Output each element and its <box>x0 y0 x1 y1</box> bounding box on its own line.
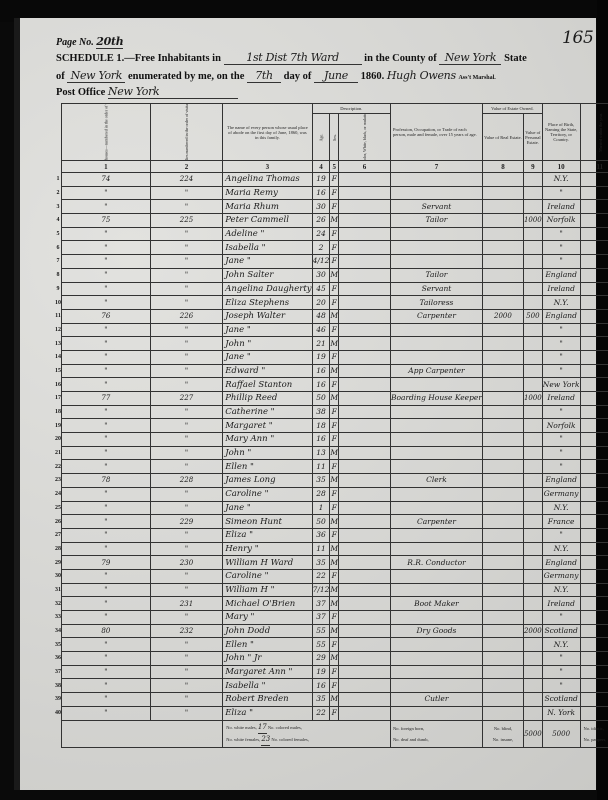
birthplace: Germany <box>542 487 580 501</box>
line-number: 12 <box>55 323 62 337</box>
person-name: William H " <box>223 583 312 597</box>
personal-estate-value <box>523 487 542 501</box>
dwelling-number: " <box>62 200 151 214</box>
married-within-year <box>580 296 608 310</box>
personal-estate-value: 1000 <box>523 214 542 228</box>
person-name: Edward " <box>223 364 312 378</box>
dwelling-number: " <box>62 542 151 556</box>
real-estate-value <box>482 378 523 392</box>
married-within-year <box>580 392 608 406</box>
person-name: Isabella " <box>223 241 312 255</box>
census-row: 32"231Michael O'Brien37MBoot MakerIrelan… <box>55 597 608 611</box>
sex: M <box>330 597 339 611</box>
personal-estate-value <box>523 556 542 570</box>
col-dwelling-header: Dwelling-houses—numbered in the order of… <box>62 104 151 161</box>
census-row: 40""Eliza "22FN. York40 <box>55 706 608 720</box>
occupation <box>390 706 482 720</box>
dwelling-number: " <box>62 679 151 693</box>
color <box>339 679 391 693</box>
line-number: 39 <box>55 693 62 707</box>
personal-estate-value <box>523 693 542 707</box>
real-estate-total: 5000 <box>524 730 542 738</box>
real-estate-value <box>482 679 523 693</box>
birthplace: New York <box>542 378 580 392</box>
married-within-year <box>580 624 608 638</box>
real-estate-value <box>482 419 523 433</box>
occupation: Boarding House Keeper <box>390 392 482 406</box>
family-number: " <box>150 501 222 515</box>
sex: F <box>330 350 339 364</box>
real-estate-value <box>482 214 523 228</box>
line-number: 17 <box>55 392 62 406</box>
page-number-line: Page No. 20th <box>56 35 123 49</box>
married-within-year <box>580 255 608 269</box>
line-number: 32 <box>55 597 62 611</box>
occupation: R.R. Conductor <box>390 556 482 570</box>
sex: F <box>330 611 339 625</box>
family-number: " <box>150 583 222 597</box>
birthplace: Norfolk <box>542 419 580 433</box>
color <box>339 364 391 378</box>
occupation <box>390 419 482 433</box>
married-within-year <box>580 378 608 392</box>
person-name: Eliza " <box>223 528 312 542</box>
birthplace: N.Y. <box>542 638 580 652</box>
dwelling-number: " <box>62 433 151 447</box>
family-number: " <box>150 693 222 707</box>
line-number: 20 <box>55 433 62 447</box>
family-number: 226 <box>150 309 222 323</box>
sex: M <box>330 583 339 597</box>
person-name: Simeon Hunt <box>223 515 312 529</box>
census-row: 12""Jane "46F"12 <box>55 323 608 337</box>
color <box>339 624 391 638</box>
married-within-year <box>580 214 608 228</box>
census-row: 5""Adeline "24F"5 <box>55 227 608 241</box>
occupation <box>390 433 482 447</box>
occupation <box>390 337 482 351</box>
birthplace: Scotland <box>542 624 580 638</box>
sex: M <box>330 214 339 228</box>
occupation <box>390 446 482 460</box>
sex: F <box>330 460 339 474</box>
sex: F <box>330 405 339 419</box>
sex: F <box>330 323 339 337</box>
married-within-year <box>580 501 608 515</box>
family-number: " <box>150 378 222 392</box>
family-number: 229 <box>150 515 222 529</box>
married-within-year <box>580 665 608 679</box>
married-within-year <box>580 460 608 474</box>
occupation <box>390 350 482 364</box>
dwelling-number: " <box>62 460 151 474</box>
family-number: " <box>150 364 222 378</box>
real-estate-value <box>482 583 523 597</box>
personal-estate-value <box>523 241 542 255</box>
census-row: 35""Ellen "55FN.Y.35 <box>55 638 608 652</box>
description-group-header: Description. <box>312 104 390 114</box>
white-females-value: 23 <box>261 734 270 746</box>
line-number: 11 <box>55 309 62 323</box>
married-within-year <box>580 186 608 200</box>
occupation <box>390 569 482 583</box>
dwelling-number: " <box>62 419 151 433</box>
birthplace: England <box>542 268 580 282</box>
sex: M <box>330 364 339 378</box>
line-number: 28 <box>55 542 62 556</box>
post-office-field: New York <box>108 85 238 99</box>
real-estate-value <box>482 173 523 187</box>
real-estate-value: 2000 <box>482 309 523 323</box>
personal-estate-value <box>523 638 542 652</box>
line-number: 22 <box>55 460 62 474</box>
person-name: Margaret Ann " <box>223 665 312 679</box>
birthplace: N.Y. <box>542 173 580 187</box>
age: 26 <box>312 214 330 228</box>
occupation <box>390 611 482 625</box>
color <box>339 638 391 652</box>
personal-estate-value <box>523 350 542 364</box>
real-estate-value <box>482 515 523 529</box>
census-row: 7""Jane "4/12F"7 <box>55 255 608 269</box>
color <box>339 227 391 241</box>
person-name: Eliza Stephens <box>223 296 312 310</box>
family-number: " <box>150 542 222 556</box>
person-name: Raffael Stanton <box>223 378 312 392</box>
family-number: " <box>150 611 222 625</box>
col-number: 4 <box>312 161 330 173</box>
occupation <box>390 405 482 419</box>
color <box>339 214 391 228</box>
col-number: 10 <box>542 161 580 173</box>
person-name: Jane " <box>223 323 312 337</box>
age: 35 <box>312 556 330 570</box>
real-estate-value <box>482 474 523 488</box>
real-estate-value <box>482 638 523 652</box>
birthplace: " <box>542 665 580 679</box>
real-estate-value <box>482 268 523 282</box>
married-within-year <box>580 679 608 693</box>
real-estate-value <box>482 693 523 707</box>
line-number: 10 <box>55 296 62 310</box>
sex: M <box>330 624 339 638</box>
color <box>339 528 391 542</box>
line-number: 18 <box>55 405 62 419</box>
age: 36 <box>312 528 330 542</box>
col-personal-estate-header: Value of Personal Estate. <box>523 114 542 161</box>
personal-estate-value <box>523 569 542 583</box>
person-name: Joseph Walter <box>223 309 312 323</box>
real-estate-value <box>482 364 523 378</box>
dwelling-number: 77 <box>62 392 151 406</box>
idiotic-summary: No. idiotic, <box>584 723 608 734</box>
color <box>339 378 391 392</box>
line-number: 29 <box>55 556 62 570</box>
line-number: 19 <box>55 419 62 433</box>
col-age-header: Age. <box>312 114 330 161</box>
age: 45 <box>312 282 330 296</box>
real-estate-value <box>482 337 523 351</box>
real-estate-value <box>482 487 523 501</box>
census-row: 9""Angelina Daugherty45FServantIreland9 <box>55 282 608 296</box>
birthplace: Norfolk <box>542 214 580 228</box>
paupers-summary: No. paupers, <box>584 734 608 745</box>
person-name: Eliza " <box>223 706 312 720</box>
sex: F <box>330 227 339 241</box>
census-row: 3480232John Dodd55MDry Goods2000Scotland… <box>55 624 608 638</box>
personal-estate-value <box>523 405 542 419</box>
married-within-year <box>580 405 608 419</box>
of-label: of <box>56 71 65 82</box>
line-number: 13 <box>55 337 62 351</box>
personal-estate-value <box>523 227 542 241</box>
color <box>339 350 391 364</box>
married-within-year <box>580 200 608 214</box>
census-row: 2""Maria Remy16F"2 <box>55 186 608 200</box>
person-name: William H Ward <box>223 556 312 570</box>
personal-estate-total: 5000 <box>552 730 570 738</box>
occupation <box>390 501 482 515</box>
real-estate-value <box>482 200 523 214</box>
personal-estate-value <box>523 364 542 378</box>
sex: M <box>330 309 339 323</box>
color <box>339 200 391 214</box>
occupation: App Carpenter <box>390 364 482 378</box>
family-number: " <box>150 268 222 282</box>
dwelling-number: " <box>62 597 151 611</box>
personal-estate-value <box>523 474 542 488</box>
person-name: Caroline " <box>223 487 312 501</box>
personal-estate-value <box>523 501 542 515</box>
dwelling-number: " <box>62 323 151 337</box>
county-field: New York <box>439 51 501 65</box>
married-within-year <box>580 611 608 625</box>
real-estate-value <box>482 433 523 447</box>
sex: F <box>330 528 339 542</box>
age: 55 <box>312 624 330 638</box>
enumeration-line: of New York enumerated by me, on the 7th… <box>56 69 496 83</box>
estate-group-header: Value of Estate Owned. <box>482 104 542 114</box>
census-row: 3""Maria Rhum30FServantIreland3 <box>55 200 608 214</box>
personal-estate-value <box>523 679 542 693</box>
married-within-year <box>580 542 608 556</box>
occupation <box>390 241 482 255</box>
sex: F <box>330 296 339 310</box>
married-within-year <box>580 474 608 488</box>
sex: F <box>330 569 339 583</box>
personal-estate-value <box>523 597 542 611</box>
dwelling-number: " <box>62 282 151 296</box>
day-of-label: day of <box>284 71 312 82</box>
married-within-year <box>580 569 608 583</box>
age: 16 <box>312 378 330 392</box>
sex: F <box>330 282 339 296</box>
married-within-year <box>580 241 608 255</box>
col-number: 6 <box>339 161 391 173</box>
person-name: Peter Cammell <box>223 214 312 228</box>
color <box>339 542 391 556</box>
birthplace: " <box>542 241 580 255</box>
scan-border-left <box>14 18 20 790</box>
family-number: " <box>150 419 222 433</box>
census-row: 10""Eliza Stephens20FTailoressN.Y.10 <box>55 296 608 310</box>
family-number: " <box>150 323 222 337</box>
real-estate-value <box>482 665 523 679</box>
color <box>339 241 391 255</box>
census-row: 15""Edward "16MApp Carpenter"15 <box>55 364 608 378</box>
personal-estate-value <box>523 665 542 679</box>
age: 19 <box>312 173 330 187</box>
page-number: 20th <box>96 35 123 49</box>
family-number: " <box>150 200 222 214</box>
occupation: Tailor <box>390 268 482 282</box>
foreign-born-summary: No. foreign born, <box>393 723 482 734</box>
age: 19 <box>312 665 330 679</box>
occupation <box>390 255 482 269</box>
dwelling-number: " <box>62 706 151 720</box>
dwelling-number: 76 <box>62 309 151 323</box>
census-row: 475225Peter Cammell26MTailor1000Norfolk4 <box>55 214 608 228</box>
married-within-year <box>580 433 608 447</box>
person-name: Ellen " <box>223 460 312 474</box>
line-number: 25 <box>55 501 62 515</box>
col-married-header: Married within the year. <box>580 104 608 161</box>
birthplace: " <box>542 350 580 364</box>
occupation: Carpenter <box>390 515 482 529</box>
occupation <box>390 227 482 241</box>
white-females-summary: No. white females, 23 No. colored female… <box>226 734 390 746</box>
dwelling-number: " <box>62 569 151 583</box>
person-name: Maria Rhum <box>223 200 312 214</box>
dwelling-number: " <box>62 515 151 529</box>
age: 11 <box>312 460 330 474</box>
personal-estate-value <box>523 542 542 556</box>
family-number: 231 <box>150 597 222 611</box>
family-number: " <box>150 241 222 255</box>
occupation: Boot Maker <box>390 597 482 611</box>
line-number: 21 <box>55 446 62 460</box>
county-label: in the County of <box>364 53 437 64</box>
census-row: 174224Angelina Thomas19FN.Y.11 <box>55 173 608 187</box>
person-name: Mary Ann " <box>223 433 312 447</box>
col-number: 9 <box>523 161 542 173</box>
age: 35 <box>312 474 330 488</box>
birthplace: " <box>542 227 580 241</box>
line-number: 16 <box>55 378 62 392</box>
line-number: 40 <box>55 706 62 720</box>
married-within-year <box>580 173 608 187</box>
col-number: 8 <box>482 161 523 173</box>
age: 29 <box>312 652 330 666</box>
sex: F <box>330 665 339 679</box>
family-number: " <box>150 282 222 296</box>
sex: F <box>330 679 339 693</box>
dwelling-number: " <box>62 405 151 419</box>
color <box>339 487 391 501</box>
real-estate-value <box>482 282 523 296</box>
color <box>339 652 391 666</box>
line-number: 27 <box>55 528 62 542</box>
color <box>339 501 391 515</box>
birthplace: " <box>542 433 580 447</box>
married-within-year <box>580 597 608 611</box>
occupation: Cutler <box>390 693 482 707</box>
person-name: Phillip Reed <box>223 392 312 406</box>
dwelling-number: " <box>62 378 151 392</box>
real-estate-value <box>482 556 523 570</box>
birthplace: " <box>542 364 580 378</box>
birthplace: England <box>542 556 580 570</box>
age: 50 <box>312 515 330 529</box>
sex: M <box>330 515 339 529</box>
census-row: 22""Ellen "11F"122 <box>55 460 608 474</box>
family-number: " <box>150 638 222 652</box>
married-within-year <box>580 487 608 501</box>
line-number: 26 <box>55 515 62 529</box>
census-row: 37""Margaret Ann "19F"37 <box>55 665 608 679</box>
real-estate-value <box>482 405 523 419</box>
person-name: Jane " <box>223 501 312 515</box>
age: 18 <box>312 419 330 433</box>
dwelling-number: " <box>62 268 151 282</box>
blind-summary: No. blind, <box>483 723 523 734</box>
person-name: Margaret " <box>223 419 312 433</box>
line-number: 23 <box>55 474 62 488</box>
col-number: 2 <box>150 161 222 173</box>
dwelling-number: " <box>62 337 151 351</box>
color <box>339 597 391 611</box>
age: 22 <box>312 706 330 720</box>
family-number: 225 <box>150 214 222 228</box>
age: 28 <box>312 487 330 501</box>
summary-row: No. white males, 17 No. colored males, N… <box>55 720 608 747</box>
personal-estate-value <box>523 611 542 625</box>
col-sex-header: Sex. <box>330 114 339 161</box>
color <box>339 693 391 707</box>
color <box>339 419 391 433</box>
person-name: Jane " <box>223 350 312 364</box>
birthplace: Ireland <box>542 200 580 214</box>
census-row: 31""William H "7/12MN.Y.31 <box>55 583 608 597</box>
sex: M <box>330 446 339 460</box>
person-name: Robert Breden <box>223 693 312 707</box>
birthplace: England <box>542 474 580 488</box>
color <box>339 611 391 625</box>
person-name: James Long <box>223 474 312 488</box>
color <box>339 556 391 570</box>
age: 30 <box>312 200 330 214</box>
real-estate-value <box>482 186 523 200</box>
census-row: 26"229Simeon Hunt50MCarpenterFrance26 <box>55 515 608 529</box>
census-row: 13""John "21M"13 <box>55 337 608 351</box>
col-number: 5 <box>330 161 339 173</box>
person-name: Adeline " <box>223 227 312 241</box>
color <box>339 665 391 679</box>
line-number: 30 <box>55 569 62 583</box>
person-name: Isabella " <box>223 679 312 693</box>
census-row: 38""Isabella "16F"38 <box>55 679 608 693</box>
white-males-value: 17 <box>258 722 267 734</box>
dwelling-number: 74 <box>62 173 151 187</box>
person-name: Angelina Daugherty <box>223 282 312 296</box>
married-within-year <box>580 693 608 707</box>
occupation <box>390 583 482 597</box>
census-row: 24""Caroline "28FGermany24 <box>55 487 608 501</box>
birthplace: " <box>542 679 580 693</box>
age: 55 <box>312 638 330 652</box>
married-within-year <box>580 309 608 323</box>
occupation <box>390 528 482 542</box>
